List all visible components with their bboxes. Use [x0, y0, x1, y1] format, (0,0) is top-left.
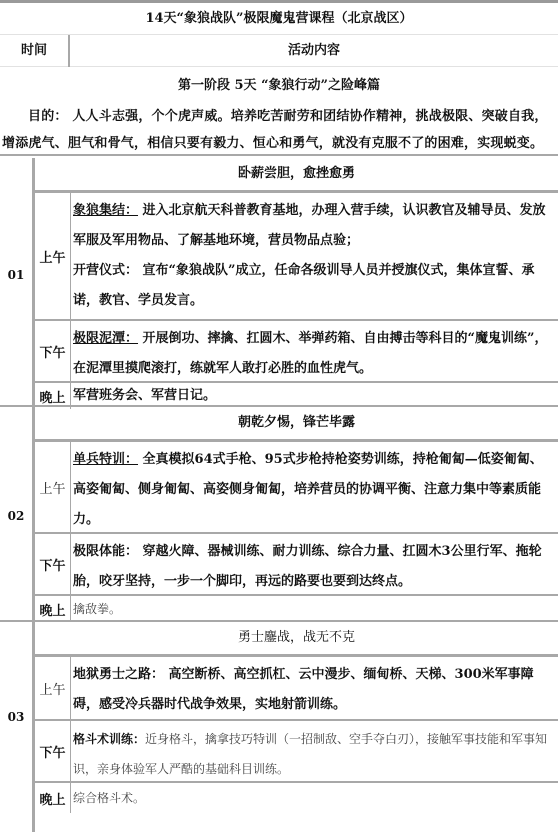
day-content: 勇士鏖战，战无不克 上午 地狱勇士之路： 高空断桥、高空抓杠、云中漫步、缅甸桥、…: [32, 622, 558, 832]
activity-key: 极限泥潭：: [73, 331, 138, 346]
header-time: 时间: [0, 35, 70, 67]
time-slot: 下午 格斗术训练：近身格斗，擒拿技巧特训（一招制敌、空手夺白刃），接触军事技能和…: [35, 721, 558, 783]
day-theme: 卧薪尝胆，愈挫愈勇: [35, 158, 558, 193]
slot-text: 单兵特训： 全真模拟64式手枪、95式步枪持枪姿势训练，持枪匍匐—低姿匍匐、高姿…: [71, 442, 558, 538]
stage-intro: 第一阶段 5天 “象狼行动”之险峰篇 目的： 人人斗志强，个个虎声威。培养吃苦耐…: [0, 67, 558, 156]
day-theme: 勇士鏖战，战无不克: [35, 622, 558, 657]
slot-label: 下午: [35, 534, 71, 594]
slot-text: 极限体能： 穿越火障、器械训练、耐力训练、综合力量、扛圆木3公里行军、拖轮胎，咬…: [71, 534, 558, 600]
activity-text: 综合格斗术。: [73, 791, 145, 805]
table-header: 时间 活动内容: [0, 35, 558, 67]
header-content: 活动内容: [70, 35, 558, 67]
day-number: 03: [0, 710, 32, 724]
day-number: 01: [0, 268, 32, 282]
slot-text: 综合格斗术。: [71, 783, 558, 813]
day-block: 03 勇士鏖战，战无不克 上午 地狱勇士之路： 高空断桥、高空抓杠、云中漫步、缅…: [0, 622, 558, 832]
slot-text: 象狼集结： 进入北京航天科普教育基地，办理入营手续，认识教官及辅导员、发放军服及…: [71, 193, 558, 319]
activity-key: 格斗术训练：: [73, 732, 145, 746]
slot-label: 上午: [35, 657, 71, 719]
slot-label: 晚上: [35, 783, 71, 813]
time-slot: 上午 象狼集结： 进入北京航天科普教育基地，办理入营手续，认识教官及辅导员、发放…: [35, 193, 558, 321]
course-schedule-page: 14天“象狼战队”极限魔鬼营课程（北京战区） 时间 活动内容 第一阶段 5天 “…: [0, 0, 558, 3]
slot-label: 上午: [35, 442, 71, 532]
activity-key: 地狱勇士之路：: [73, 667, 164, 682]
day-block: 02 朝乾夕惕，锋芒毕露 上午 单兵特训： 全真模拟64式手枪、95式步枪持枪姿…: [0, 407, 558, 620]
activity-key: 象狼集结：: [73, 203, 138, 218]
time-slot: 晚上 擒敌拳。: [35, 596, 558, 622]
day-number: 02: [0, 509, 32, 523]
slot-text: 地狱勇士之路： 高空断桥、高空抓杠、云中漫步、缅甸桥、天梯、300米军事障碍，感…: [71, 657, 558, 723]
day-content: 卧薪尝胆，愈挫愈勇 上午 象狼集结： 进入北京航天科普教育基地，办理入营手续，认…: [32, 158, 558, 405]
activity-text: 近身格斗，擒拿技巧特训（一招制敌、空手夺白刃），接触军事技能和军事知识，亲身体验…: [73, 732, 547, 776]
activity-text: 开展倒功、摔擒、扛圆木、举弹药箱、自由搏击等科目的“魔鬼训练”，在泥潭里摸爬滚打…: [73, 331, 548, 376]
time-slot: 晚上 综合格斗术。: [35, 783, 558, 813]
time-slot: 上午 地狱勇士之路： 高空断桥、高空抓杠、云中漫步、缅甸桥、天梯、300米军事障…: [35, 657, 558, 721]
slot-label: 晚上: [35, 596, 71, 622]
stage-goal: 目的： 人人斗志强，个个虎声威。培养吃苦耐劳和团结协作精神，挑战极限、突破自我，…: [0, 103, 558, 157]
activity-text: 军营班务会、军营日记。: [73, 388, 216, 403]
document-title: 14天“象狼战队”极限魔鬼营课程（北京战区）: [0, 3, 558, 35]
slot-label: 上午: [35, 193, 71, 319]
activity-text: 进入北京航天科普教育基地，办理入营手续，认识教官及辅导员、发放军服及军用物品、了…: [73, 203, 546, 248]
slot-label: 下午: [35, 721, 71, 781]
stage-title: 第一阶段 5天 “象狼行动”之险峰篇: [0, 67, 558, 103]
goal-label: 目的：: [28, 109, 68, 124]
slot-text: 极限泥潭： 开展倒功、摔擒、扛圆木、举弹药箱、自由搏击等科目的“魔鬼训练”，在泥…: [71, 321, 558, 387]
day-block: 01 卧薪尝胆，愈挫愈勇 上午 象狼集结： 进入北京航天科普教育基地，办理入营手…: [0, 158, 558, 405]
time-slot: 下午 极限泥潭： 开展倒功、摔擒、扛圆木、举弹药箱、自由搏击等科目的“魔鬼训练”…: [35, 321, 558, 383]
activity-text: 擒敌拳。: [73, 602, 121, 616]
activity-key: 极限体能：: [73, 544, 138, 559]
activity-key: 单兵特训：: [73, 452, 138, 467]
slot-label: 下午: [35, 321, 71, 381]
day-theme: 朝乾夕惕，锋芒毕露: [35, 407, 558, 442]
slot-text: 格斗术训练：近身格斗，擒拿技巧特训（一招制敌、空手夺白刃），接触军事技能和军事知…: [71, 721, 558, 787]
activity-text: 全真模拟64式手枪、95式步枪持枪姿势训练，持枪匍匐—低姿匍匐、高姿匍匐、侧身匍…: [73, 452, 543, 527]
goal-text: 人人斗志强，个个虎声威。培养吃苦耐劳和团结协作精神，挑战极限、突破自我，增添虎气…: [2, 109, 548, 151]
day-content: 朝乾夕惕，锋芒毕露 上午 单兵特训： 全真模拟64式手枪、95式步枪持枪姿势训练…: [32, 407, 558, 620]
activity-text: 宣布“象狼战队”成立，任命各级训导人员并授旗仪式，集体宣誓、承诺，教官、学员发言…: [73, 263, 535, 308]
time-slot: 上午 单兵特训： 全真模拟64式手枪、95式步枪持枪姿势训练，持枪匍匐—低姿匍匐…: [35, 442, 558, 534]
time-slot: 下午 极限体能： 穿越火障、器械训练、耐力训练、综合力量、扛圆木3公里行军、拖轮…: [35, 534, 558, 596]
slot-text: 擒敌拳。: [71, 596, 558, 622]
activity-key: 开营仪式：: [73, 263, 138, 278]
activity-text: 穿越火障、器械训练、耐力训练、综合力量、扛圆木3公里行军、拖轮胎，咬牙坚持，一步…: [73, 544, 542, 589]
